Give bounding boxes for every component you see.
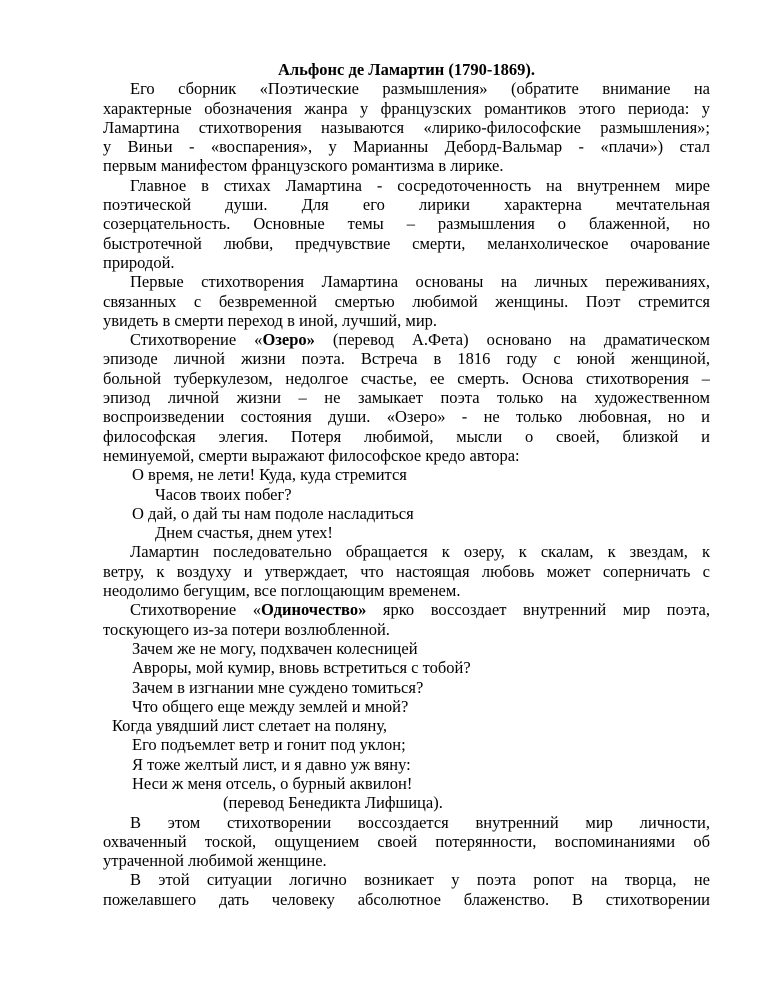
- text-line: пожелавшего дать человеку абсолютное бла…: [103, 890, 710, 909]
- text-segment: Зачем же не могу, подхвачен колесницей: [132, 639, 418, 658]
- text-line: (перевод Бенедикта Лифшица).: [103, 793, 710, 812]
- text-line: Стихотворение «Одиночество» ярко воссозд…: [103, 600, 710, 619]
- text-line: Когда увядший лист слетает на поляну,: [103, 716, 710, 735]
- text-segment: В этой ситуации логично возникает у поэт…: [130, 870, 710, 889]
- text-segment: эпизоде личной жизни поэта. Встреча в 18…: [103, 349, 710, 368]
- text-segment: О дай, о дай ты нам подоле насладиться: [132, 504, 414, 523]
- text-segment: увидеть в смерти переход в иной, лучший,…: [103, 311, 437, 330]
- text-segment: больной туберкулезом, недолгое счастье, …: [103, 369, 710, 388]
- text-segment: Авроры, мой кумир, вновь встретиться с т…: [132, 658, 471, 677]
- text-segment: связанных с безвременной смертью любимой…: [103, 292, 710, 311]
- text-segment: (перевод Бенедикта Лифшица).: [223, 793, 443, 812]
- text-segment: первым манифестом французского романтизм…: [103, 156, 503, 175]
- text-segment: Часов твоих побег?: [155, 485, 292, 504]
- text-segment: неодолимо бегущим, все поглощающим време…: [103, 581, 460, 600]
- text-line: связанных с безвременной смертью любимой…: [103, 292, 710, 311]
- text-segment: эпизод личной жизни – не замыкает поэта …: [103, 388, 710, 407]
- text-segment: Ламартин последовательно обращается к оз…: [130, 542, 710, 561]
- text-segment: быстротечной любви, предчувствие смерти,…: [103, 234, 710, 253]
- text-segment: Я тоже желтый лист, и я давно уж вяну:: [132, 755, 411, 774]
- text-segment: ветру, к воздуху и утверждает, что насто…: [103, 562, 710, 581]
- text-segment: пожелавшего дать человеку абсолютное бла…: [103, 890, 710, 909]
- text-line: эпизод личной жизни – не замыкает поэта …: [103, 388, 710, 407]
- text-line: охваченный тоской, ощущением своей потер…: [103, 832, 710, 851]
- text-line: Ламартин последовательно обращается к оз…: [103, 542, 710, 561]
- text-line: Ламартина стихотворения называются «лири…: [103, 118, 710, 137]
- text-line: ветру, к воздуху и утверждает, что насто…: [103, 562, 710, 581]
- text-segment: философская элегия. Потеря любимой, мысл…: [103, 427, 710, 446]
- text-line: Его подъемлет ветр и гонит под уклон;: [103, 735, 710, 754]
- text-segment: Стихотворение «: [130, 330, 262, 349]
- text-segment: Первые стихотворения Ламартина основаны …: [130, 272, 710, 291]
- text-segment: (перевод А.Фета) основано на драматическ…: [315, 330, 710, 349]
- text-segment: Зачем в изгнании мне суждено томиться?: [132, 678, 423, 697]
- text-line: увидеть в смерти переход в иной, лучший,…: [103, 311, 710, 330]
- text-line: философская элегия. Потеря любимой, мысл…: [103, 427, 710, 446]
- text-line: Первые стихотворения Ламартина основаны …: [103, 272, 710, 291]
- text-segment: Что общего еще между землей и мной?: [132, 697, 408, 716]
- text-segment: созерцательность. Основные темы – размыш…: [103, 214, 710, 233]
- text-segment: тоскующего из-за потери возлюбленной.: [103, 620, 390, 639]
- document-lines: Его сборник «Поэтические размышления» (о…: [103, 79, 710, 909]
- text-line: В этом стихотворении воссоздается внутре…: [103, 813, 710, 832]
- text-line: быстротечной любви, предчувствие смерти,…: [103, 234, 710, 253]
- text-segment: поэтической души. Для его лирики характе…: [103, 195, 710, 214]
- text-line: характерные обозначения жанра у французс…: [103, 99, 710, 118]
- document-title: Альфонс де Ламартин (1790-1869).: [103, 60, 710, 79]
- text-segment: ярко воссоздает внутренний мир поэта,: [366, 600, 710, 619]
- text-segment: у Виньи - «воспарения», у Марианны Дебор…: [103, 137, 710, 156]
- document-page: Альфонс де Ламартин (1790-1869). Его сбо…: [0, 0, 768, 994]
- text-segment: Неси ж меня отсель, о бурный аквилон!: [132, 774, 412, 793]
- text-line: Авроры, мой кумир, вновь встретиться с т…: [103, 658, 710, 677]
- text-segment: Днем счастья, днем утех!: [155, 523, 333, 542]
- text-line: В этой ситуации логично возникает у поэт…: [103, 870, 710, 889]
- text-segment: Главное в стихах Ламартина - сосредоточе…: [130, 176, 710, 195]
- text-segment: Его сборник «Поэтические размышления» (о…: [130, 79, 710, 98]
- text-line: поэтической души. Для его лирики характе…: [103, 195, 710, 214]
- text-line: больной туберкулезом, недолгое счастье, …: [103, 369, 710, 388]
- text-segment: О время, не лети! Куда, куда стремится: [132, 465, 407, 484]
- text-line: Неси ж меня отсель, о бурный аквилон!: [103, 774, 710, 793]
- text-line: О время, не лети! Куда, куда стремится: [103, 465, 710, 484]
- text-segment: Стихотворение «: [130, 600, 261, 619]
- text-line: природой.: [103, 253, 710, 272]
- text-line: созерцательность. Основные темы – размыш…: [103, 214, 710, 233]
- text-segment: Ламартина стихотворения называются «лири…: [103, 118, 710, 137]
- text-line: воспроизведении состояния души. «Озеро» …: [103, 407, 710, 426]
- text-segment: воспроизведении состояния души. «Озеро» …: [103, 407, 710, 426]
- text-line: Его сборник «Поэтические размышления» (о…: [103, 79, 710, 98]
- text-block: Альфонс де Ламартин (1790-1869). Его сбо…: [103, 60, 710, 909]
- text-segment: охваченный тоской, ощущением своей потер…: [103, 832, 710, 851]
- bold-text: Озеро»: [262, 330, 314, 349]
- text-line: утраченной любимой женщине.: [103, 851, 710, 870]
- text-line: Я тоже желтый лист, и я давно уж вяну:: [103, 755, 710, 774]
- text-segment: Его подъемлет ветр и гонит под уклон;: [132, 735, 406, 754]
- text-line: Зачем в изгнании мне суждено томиться?: [103, 678, 710, 697]
- text-segment: Когда увядший лист слетает на поляну,: [112, 716, 387, 735]
- text-line: эпизоде личной жизни поэта. Встреча в 18…: [103, 349, 710, 368]
- text-line: Главное в стихах Ламартина - сосредоточе…: [103, 176, 710, 195]
- text-line: у Виньи - «воспарения», у Марианны Дебор…: [103, 137, 710, 156]
- text-segment: В этом стихотворении воссоздается внутре…: [130, 813, 710, 832]
- text-line: Что общего еще между землей и мной?: [103, 697, 710, 716]
- text-segment: природой.: [103, 253, 175, 272]
- text-segment: утраченной любимой женщине.: [103, 851, 327, 870]
- text-line: неминуемой, смерти выражают философское …: [103, 446, 710, 465]
- text-line: первым манифестом французского романтизм…: [103, 156, 710, 175]
- text-line: неодолимо бегущим, все поглощающим време…: [103, 581, 710, 600]
- bold-text: Одиночество»: [261, 600, 366, 619]
- text-line: Стихотворение «Озеро» (перевод А.Фета) о…: [103, 330, 710, 349]
- text-line: Зачем же не могу, подхвачен колесницей: [103, 639, 710, 658]
- text-line: О дай, о дай ты нам подоле насладиться: [103, 504, 710, 523]
- text-line: Часов твоих побег?: [103, 485, 710, 504]
- text-line: тоскующего из-за потери возлюбленной.: [103, 620, 710, 639]
- text-segment: характерные обозначения жанра у французс…: [103, 99, 710, 118]
- text-line: Днем счастья, днем утех!: [103, 523, 710, 542]
- text-segment: неминуемой, смерти выражают философское …: [103, 446, 520, 465]
